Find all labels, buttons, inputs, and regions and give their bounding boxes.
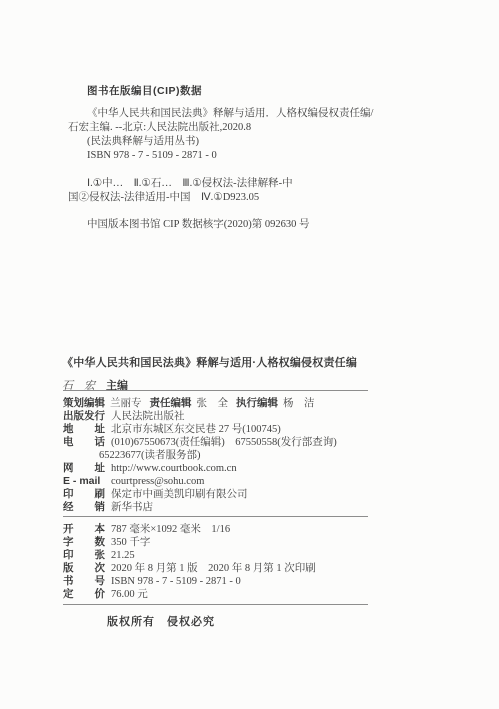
cip-class-line-2: 国②侵权法-法律适用-中国 Ⅳ.①D923.05 [64,191,384,205]
sheet-size-row: 开 本 787 毫米×1092 毫米 1/16 [63,523,383,536]
cip-title-line: 《中华人民共和国民法典》释解与适用．人格权编侵权责任编/ [64,107,384,121]
book-title: 《中华人民共和国民法典》释解与适用·人格权编侵权责任编 [62,354,462,370]
responsible-editor-label: 责任编辑 [150,397,192,410]
distributor-value: 新华书店 [111,501,153,514]
edition-label: 版 次 [63,562,108,575]
format-section: 开 本 787 毫米×1092 毫米 1/16 字 数 350 千字 印 张 2… [63,523,383,601]
title-section: 《中华人民共和国民法典》释解与适用·人格权编侵权责任编 石 宏 主编 [62,354,462,393]
website-value: http://www.courtbook.com.cn [111,462,237,475]
phone-label: 电 话 [63,436,108,449]
editors-row: 策划编辑 兰丽专 责任编辑 张 全 执行编辑 杨 洁 [63,397,383,410]
responsible-editor-name: 张 全 [197,397,229,410]
printer-value: 保定市中画美凯印刷有限公司 [111,488,248,501]
printed-sheets-label: 印 张 [63,549,108,562]
word-count-row: 字 数 350 千字 [63,536,383,549]
executive-editor-name: 杨 洁 [283,397,315,410]
email-row: E - mail courtpress@sohu.com [63,475,383,488]
divider-top [63,390,368,391]
publisher-value: 人民法院出版社 [111,410,185,423]
cip-class-line-1: Ⅰ.①中… Ⅱ.①石… Ⅲ.①侵权法-法律解释-中 [64,177,384,191]
address-label: 地 址 [63,423,108,436]
price-row: 定 价 76.00 元 [63,588,383,601]
copyright-notice: 版权所有 侵权必究 [107,613,215,629]
edition-value: 2020 年 8 月第 1 版 2020 年 8 月第 1 次印刷 [111,562,316,575]
planning-editor-label: 策划编辑 [63,397,105,410]
phone-value-line2: 65223677(读者服务部) [63,449,383,462]
cip-section: 图书在版编目(CIP)数据 《中华人民共和国民法典》释解与适用．人格权编侵权责任… [64,84,384,232]
publisher-row: 出版发行 人民法院出版社 [63,410,383,423]
address-value: 北京市东城区东交民巷 27 号(100745) [111,423,281,436]
printer-label: 印 刷 [63,488,108,501]
divider-bottom [63,604,368,605]
planning-editor-name: 兰丽专 [110,397,142,410]
website-label: 网 址 [63,462,108,475]
distributor-label: 经 销 [63,501,108,514]
cip-isbn-line: ISBN 978 - 7 - 5109 - 2871 - 0 [64,149,384,163]
cip-classification: Ⅰ.①中… Ⅱ.①石… Ⅲ.①侵权法-法律解释-中 国②侵权法-法律适用-中国 … [64,177,384,205]
cip-series-line: (民法典释解与适用丛书) [64,135,384,149]
word-count-label: 字 数 [63,536,108,549]
word-count-value: 350 千字 [111,536,150,549]
email-value: courtpress@sohu.com [111,475,204,488]
isbn-row: 书 号 ISBN 978 - 7 - 5109 - 2871 - 0 [63,575,383,588]
cip-record-number: 中国版本图书馆 CIP 数据核字(2020)第 092630 号 [64,218,384,232]
cip-publisher-line: 石宏主编. --北京:人民法院出版社,2020.8 [64,121,384,135]
book-copyright-page: 图书在版编目(CIP)数据 《中华人民共和国民法典》释解与适用．人格权编侵权责任… [0,0,499,709]
isbn-label: 书 号 [63,575,108,588]
cip-header: 图书在版编目(CIP)数据 [64,84,384,98]
printed-sheets-value: 21.25 [111,549,135,562]
sheet-size-value: 787 毫米×1092 毫米 1/16 [111,523,230,536]
isbn-value: ISBN 978 - 7 - 5109 - 2871 - 0 [111,575,241,588]
edition-row: 版 次 2020 年 8 月第 1 版 2020 年 8 月第 1 次印刷 [63,562,383,575]
phone-row: 电 话 (010)67550673(责任编辑) 67550558(发行部查询) [63,436,383,449]
website-row: 网 址 http://www.courtbook.com.cn [63,462,383,475]
divider-middle [63,516,368,517]
printed-sheets-row: 印 张 21.25 [63,549,383,562]
printer-row: 印 刷 保定市中画美凯印刷有限公司 [63,488,383,501]
publication-section: 策划编辑 兰丽专 责任编辑 张 全 执行编辑 杨 洁 出版发行 人民法院出版社 … [63,397,383,514]
executive-editor-label: 执行编辑 [236,397,278,410]
address-row: 地 址 北京市东城区东交民巷 27 号(100745) [63,423,383,436]
sheet-size-label: 开 本 [63,523,108,536]
publisher-label: 出版发行 [63,410,108,423]
phone-value-line1: (010)67550673(责任编辑) 67550558(发行部查询) [111,436,337,449]
cip-paragraph: 《中华人民共和国民法典》释解与适用．人格权编侵权责任编/ 石宏主编. --北京:… [64,107,384,163]
price-value: 76.00 元 [111,588,148,601]
distributor-row: 经 销 新华书店 [63,501,383,514]
price-label: 定 价 [63,588,108,601]
email-label: E - mail [63,475,108,488]
